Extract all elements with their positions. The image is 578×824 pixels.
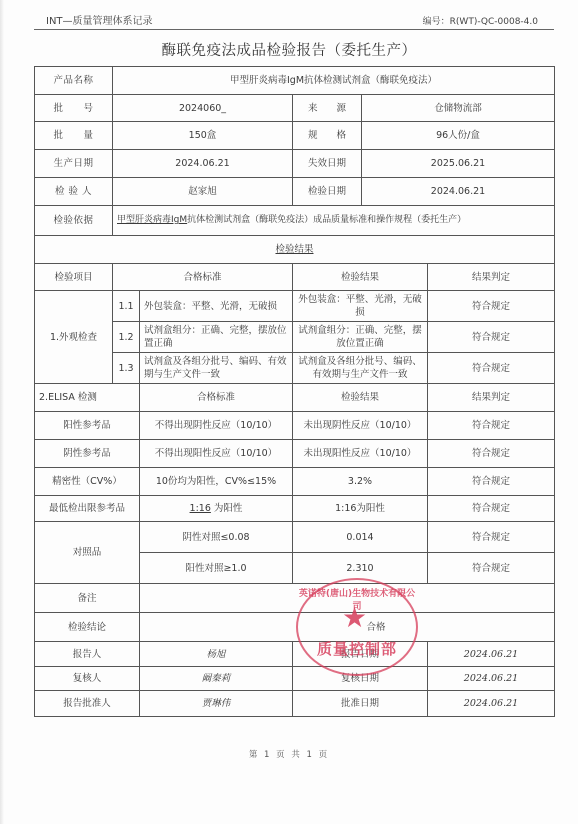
system-label: INT—质量管理体系记录 bbox=[46, 12, 153, 27]
elisa-standard: 不得出现阳性反应（10/10） bbox=[140, 440, 293, 468]
appearance-standard: 外包装盒：平整、光滑，无破损 bbox=[140, 291, 293, 322]
document-number: 编号：R(WT)-QC-0008-4.0 bbox=[423, 14, 538, 27]
elisa-item: 阴性参考品 bbox=[35, 440, 140, 468]
approver-label: 报告批准人 bbox=[35, 691, 140, 717]
basis-rest: 抗体检测试剂盒（酶联免疫法）成品质量标准和操作规程（委托生产） bbox=[187, 215, 466, 225]
inspect-date-label: 检验日期 bbox=[293, 178, 362, 206]
remarks-row: 备注 bbox=[35, 584, 555, 613]
col-result-header: 检验结果 bbox=[293, 264, 428, 291]
elisa-standard: 不得出现阴性反应（10/10） bbox=[140, 412, 293, 440]
batch-qty-value: 150盒 bbox=[113, 122, 293, 150]
basis-product: 甲型肝炎病毒IgM bbox=[117, 215, 187, 225]
elisa-result: 1:16为阳性 bbox=[293, 496, 428, 522]
batch-row: 批 号 2024060_ 来 源 仓储物流部 bbox=[35, 95, 555, 122]
remarks-value bbox=[140, 584, 555, 613]
reviewer-signature: 阚秦莉 bbox=[140, 667, 293, 691]
elisa-row: 阴性参考品 不得出现阳性反应（10/10） 未出现阳性反应（10/10） 符合规… bbox=[35, 440, 555, 468]
appearance-no: 1.3 bbox=[113, 353, 140, 384]
scan-edge bbox=[0, 0, 4, 824]
conclusion-value: 合格 bbox=[140, 613, 555, 642]
basis-value: 甲型肝炎病毒IgM抗体检测试剂盒（酶联免疫法）成品质量标准和操作规程（委托生产） bbox=[113, 206, 555, 236]
appearance-result: 外包装盒：平整、光滑，无破损 bbox=[293, 291, 428, 322]
appearance-no: 1.2 bbox=[113, 322, 140, 353]
inspector-row: 检 验 人 赵家旭 检验日期 2024.06.21 bbox=[35, 178, 555, 206]
reviewer-label: 复核人 bbox=[35, 667, 140, 691]
dates-row: 生产日期 2024.06.21 失效日期 2025.06.21 bbox=[35, 150, 555, 178]
batch-qty-label: 批 量 bbox=[35, 122, 113, 150]
page-footer: 第 1 页 共 1 页 bbox=[0, 748, 578, 760]
report-date-value: 2024.06.21 bbox=[428, 642, 555, 667]
product-name-row: 产品名称 甲型肝炎病毒IgM抗体检测试剂盒（酶联免疫法） bbox=[35, 67, 555, 95]
prod-date-value: 2024.06.21 bbox=[113, 150, 293, 178]
reporter-label: 报告人 bbox=[35, 642, 140, 667]
expiry-value: 2025.06.21 bbox=[362, 150, 555, 178]
results-header-row: 检验项目 合格标准 检验结果 结果判定 bbox=[35, 264, 555, 291]
reporter-signature: 杨旭 bbox=[140, 642, 293, 667]
report-page: INT—质量管理体系记录 编号：R(WT)-QC-0008-4.0 酶联免疫法成… bbox=[0, 0, 578, 824]
lod-dilution: 1:16 bbox=[190, 503, 211, 514]
col-standard-header: 合格标准 bbox=[113, 264, 293, 291]
control-neg-row: 对照品 阴性对照≤0.08 0.014 符合规定 bbox=[35, 522, 555, 553]
appearance-standard: 试剂盒及各组分批号、编码、有效期与生产文件一致 bbox=[140, 353, 293, 384]
elisa-verdict: 符合规定 bbox=[428, 412, 555, 440]
spec-label: 规 格 bbox=[293, 122, 362, 150]
appearance-result: 试剂盒及各组分批号、编码、有效期与生产文件一致 bbox=[293, 353, 428, 384]
expiry-label: 失效日期 bbox=[293, 150, 362, 178]
conclusion-row: 检验结论 合格 bbox=[35, 613, 555, 642]
elisa-col-result: 检验结果 bbox=[293, 384, 428, 412]
batch-no-value: 2024060_ bbox=[113, 95, 293, 122]
appearance-no: 1.1 bbox=[113, 291, 140, 322]
appearance-verdict: 符合规定 bbox=[428, 291, 555, 322]
review-date-value: 2024.06.21 bbox=[428, 667, 555, 691]
prod-date-label: 生产日期 bbox=[35, 150, 113, 178]
elisa-col-standard: 合格标准 bbox=[140, 384, 293, 412]
results-section-title: 检验结果 bbox=[35, 236, 555, 264]
elisa-header-row: 2.ELISA 检测 合格标准 检验结果 结果判定 bbox=[35, 384, 555, 412]
inspect-date-value: 2024.06.21 bbox=[362, 178, 555, 206]
report-table: 产品名称 甲型肝炎病毒IgM抗体检测试剂盒（酶联免疫法） 批 号 2024060… bbox=[34, 66, 555, 717]
elisa-verdict: 符合规定 bbox=[428, 496, 555, 522]
control-neg-standard: 阴性对照≤0.08 bbox=[140, 522, 293, 553]
col-item-header: 检验项目 bbox=[35, 264, 113, 291]
control-pos-standard: 阳性对照≥1.0 bbox=[140, 553, 293, 584]
batch-no-label: 批 号 bbox=[35, 95, 113, 122]
lod-rest: 为阳性 bbox=[214, 503, 243, 514]
elisa-item: 精密性（CV%） bbox=[35, 468, 140, 496]
inspector-label: 检 验 人 bbox=[35, 178, 113, 206]
elisa-verdict: 符合规定 bbox=[428, 440, 555, 468]
approve-date-value: 2024.06.21 bbox=[428, 691, 555, 717]
control-neg-verdict: 符合规定 bbox=[428, 522, 555, 553]
report-title: 酶联免疫法成品检验报告（委托生产） bbox=[0, 39, 578, 60]
appearance-row-3: 1.3 试剂盒及各组分批号、编码、有效期与生产文件一致 试剂盒及各组分批号、编码… bbox=[35, 353, 555, 384]
control-item: 对照品 bbox=[35, 522, 140, 584]
appearance-verdict: 符合规定 bbox=[428, 322, 555, 353]
elisa-result: 未出现阴性反应（10/10） bbox=[293, 412, 428, 440]
review-date-label: 复核日期 bbox=[293, 667, 428, 691]
product-name-value: 甲型肝炎病毒IgM抗体检测试剂盒（酶联免疫法） bbox=[113, 67, 555, 95]
appearance-row-1: 1.外观检查 1.1 外包装盒：平整、光滑，无破损 外包装盒：平整、光滑，无破损… bbox=[35, 291, 555, 322]
approver-row: 报告批准人 贾琳伟 批准日期 2024.06.21 bbox=[35, 691, 555, 717]
basis-row: 检验依据 甲型肝炎病毒IgM抗体检测试剂盒（酶联免疫法）成品质量标准和操作规程（… bbox=[35, 206, 555, 236]
approve-date-label: 批准日期 bbox=[293, 691, 428, 717]
elisa-standard: 1:16 为阳性 bbox=[140, 496, 293, 522]
reviewer-row: 复核人 阚秦莉 复核日期 2024.06.21 bbox=[35, 667, 555, 691]
elisa-verdict: 符合规定 bbox=[428, 468, 555, 496]
elisa-item: 最低检出限参考品 bbox=[35, 496, 140, 522]
elisa-col-verdict: 结果判定 bbox=[428, 384, 555, 412]
col-verdict-header: 结果判定 bbox=[428, 264, 555, 291]
elisa-label: 2.ELISA 检测 bbox=[35, 384, 140, 412]
source-label: 来 源 bbox=[293, 95, 362, 122]
report-date-label: 报告日期 bbox=[293, 642, 428, 667]
header-divider bbox=[34, 29, 554, 30]
source-value: 仓储物流部 bbox=[362, 95, 555, 122]
control-pos-verdict: 符合规定 bbox=[428, 553, 555, 584]
appearance-label: 1.外观检查 bbox=[35, 291, 113, 384]
elisa-result: 未出现阳性反应（10/10） bbox=[293, 440, 428, 468]
elisa-row: 最低检出限参考品 1:16 为阳性 1:16为阳性 符合规定 bbox=[35, 496, 555, 522]
reporter-row: 报告人 杨旭 报告日期 2024.06.21 bbox=[35, 642, 555, 667]
inspector-value: 赵家旭 bbox=[113, 178, 293, 206]
elisa-standard: 10份均为阳性，CV%≤15% bbox=[140, 468, 293, 496]
control-neg-result: 0.014 bbox=[293, 522, 428, 553]
appearance-result: 试剂盒组分：正确、完整，摆放位置正确 bbox=[293, 322, 428, 353]
conclusion-label: 检验结论 bbox=[35, 613, 140, 642]
appearance-row-2: 1.2 试剂盒组分：正确、完整，摆放位置正确 试剂盒组分：正确、完整，摆放位置正… bbox=[35, 322, 555, 353]
appearance-verdict: 符合规定 bbox=[428, 353, 555, 384]
product-name-label: 产品名称 bbox=[35, 67, 113, 95]
elisa-result: 3.2% bbox=[293, 468, 428, 496]
spec-value: 96人份/盒 bbox=[362, 122, 555, 150]
elisa-item: 阳性参考品 bbox=[35, 412, 140, 440]
basis-label: 检验依据 bbox=[35, 206, 113, 236]
results-section-row: 检验结果 bbox=[35, 236, 555, 264]
control-pos-result: 2.310 bbox=[293, 553, 428, 584]
batch-qty-row: 批 量 150盒 规 格 96人份/盒 bbox=[35, 122, 555, 150]
remarks-label: 备注 bbox=[35, 584, 140, 613]
appearance-standard: 试剂盒组分：正确、完整，摆放位置正确 bbox=[140, 322, 293, 353]
elisa-row: 阳性参考品 不得出现阴性反应（10/10） 未出现阴性反应（10/10） 符合规… bbox=[35, 412, 555, 440]
elisa-row: 精密性（CV%） 10份均为阳性，CV%≤15% 3.2% 符合规定 bbox=[35, 468, 555, 496]
approver-signature: 贾琳伟 bbox=[140, 691, 293, 717]
